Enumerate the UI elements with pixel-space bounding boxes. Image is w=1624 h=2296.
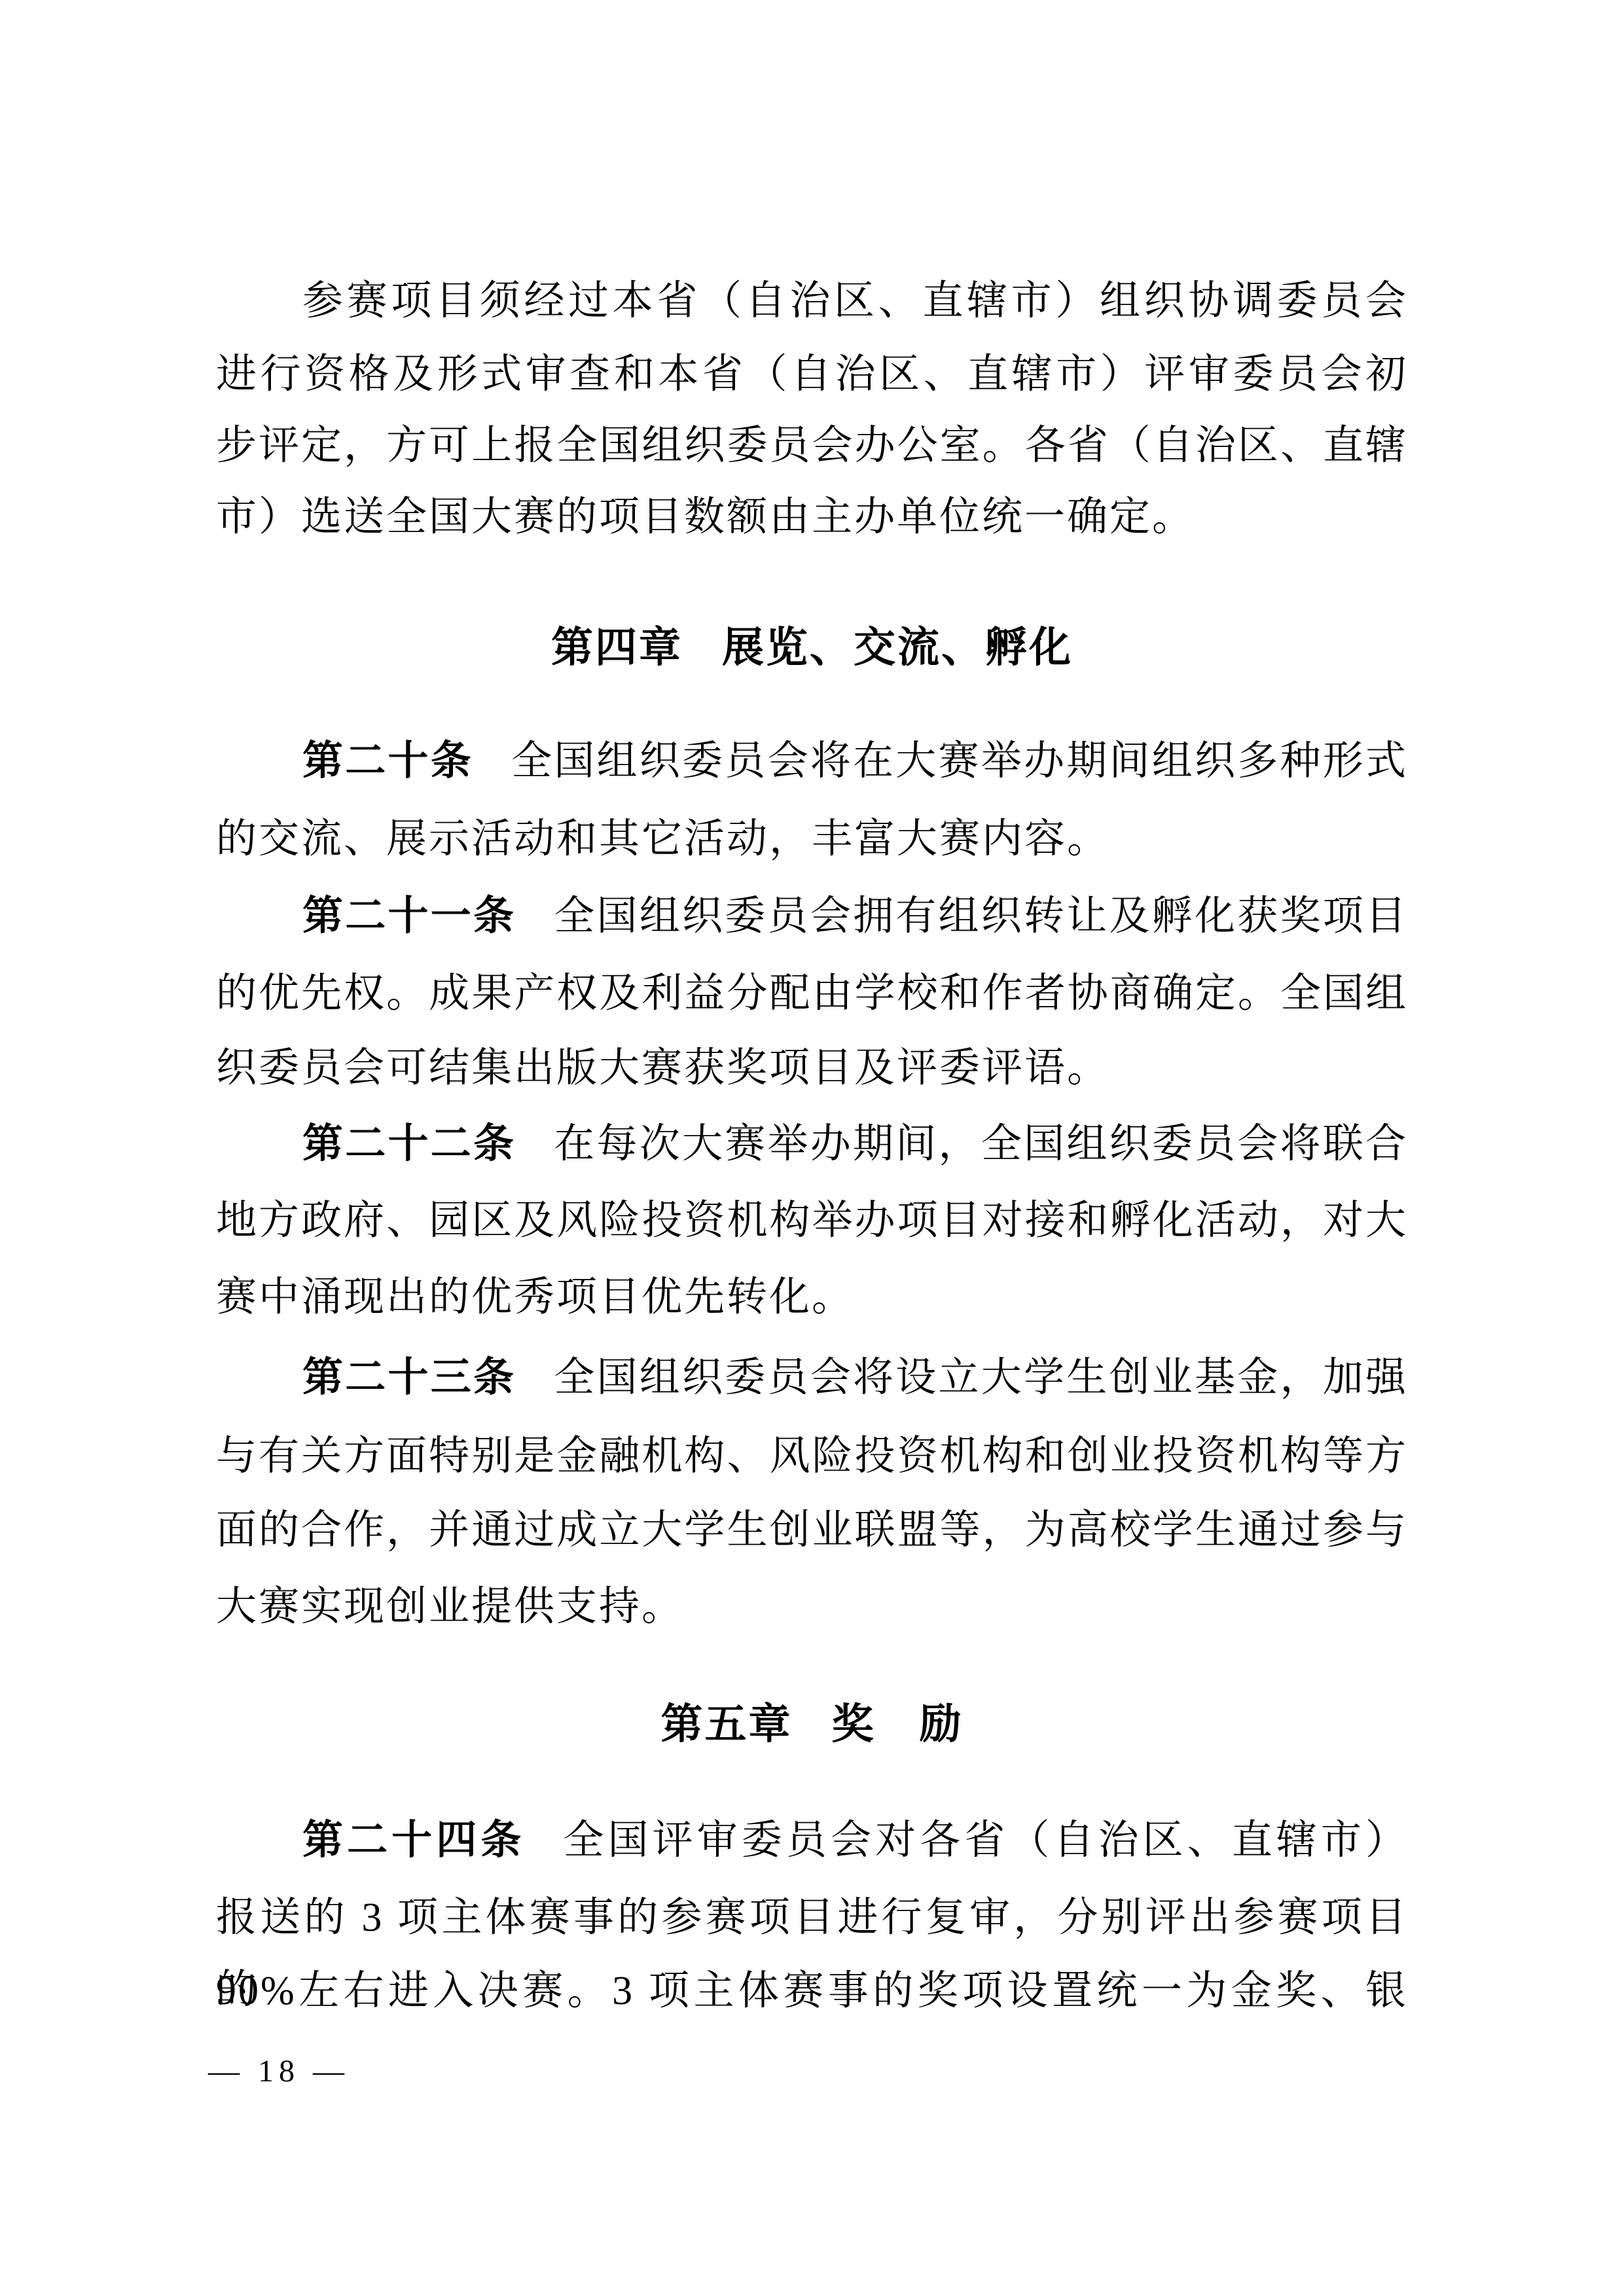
chapter-4-number: 第四章 <box>551 624 683 671</box>
article-24-label: 第二十四条 <box>302 1818 525 1863</box>
article-23-line-4: 大赛实现创业提供支持。 <box>216 1571 1408 1643</box>
article-24-line-1: 第二十四条全国评审委员会对各省（自治区、直辖市） <box>216 1804 1408 1876</box>
chapter-4-title: 展览、交流、孵化 <box>722 624 1073 671</box>
article-23-line-2: 与有关方面特别是金融机构、风险投资机构和创业投资机构等方 <box>216 1420 1408 1492</box>
article-22-line-3: 赛中涌现出的优秀项目优先转化。 <box>216 1261 1408 1333</box>
page-number: — 18 — <box>208 2052 350 2091</box>
article-24-line-2: 报送的 3 项主体赛事的参赛项目进行复审，分别评出参赛项目的 <box>216 1882 1408 1954</box>
article-20-label: 第二十条 <box>302 739 473 783</box>
article-23-lead: 全国组织委员会将设立大学生创业基金，加强 <box>554 1355 1408 1400</box>
chapter-5-title: 奖 励 <box>832 1701 964 1748</box>
chapter-4-heading: 第四章展览、交流、孵化 <box>0 612 1624 684</box>
article-22-lead: 在每次大赛举办期间，全国组织委员会将联合 <box>554 1122 1408 1166</box>
document-page: 参赛项目须经过本省（自治区、直辖市）组织协调委员会 进行资格及形式审查和本省（自… <box>0 0 1624 2296</box>
paragraph-1-line-3: 步评定，方可上报全国组织委员会办公室。各省（自治区、直辖 <box>216 410 1408 482</box>
chapter-5-number: 第五章 <box>661 1701 793 1748</box>
paragraph-1-line-2: 进行资格及形式审查和本省（自治区、直辖市）评审委员会初 <box>216 338 1408 410</box>
article-24-line-3: 90%左右进入决赛。3 项主体赛事的奖项设置统一为金奖、银 <box>216 1955 1408 2027</box>
article-22-line-1: 第二十二条在每次大赛举办期间，全国组织委员会将联合 <box>216 1108 1408 1180</box>
article-22-label: 第二十二条 <box>302 1122 516 1166</box>
article-21-lead: 全国组织委员会拥有组织转让及孵化获奖项目 <box>554 894 1408 939</box>
chapter-5-heading: 第五章奖 励 <box>0 1689 1624 1761</box>
article-21-line-2: 的优先权。成果产权及利益分配由学校和作者协商确定。全国组 <box>216 958 1408 1030</box>
article-23-line-3: 面的合作，并通过成立大学生创业联盟等，为高校学生通过参与 <box>216 1494 1408 1566</box>
paragraph-1-line-4: 市）选送全国大赛的项目数额由主办单位统一确定。 <box>216 481 1408 553</box>
paragraph-1-line-1: 参赛项目须经过本省（自治区、直辖市）组织协调委员会 <box>216 265 1408 337</box>
article-22-line-2: 地方政府、园区及风险投资机构举办项目对接和孵化活动，对大 <box>216 1185 1408 1257</box>
article-23-line-1: 第二十三条全国组织委员会将设立大学生创业基金，加强 <box>216 1342 1408 1414</box>
article-20-line-1: 第二十条全国组织委员会将在大赛举办期间组织多种形式 <box>216 725 1408 797</box>
article-20-line-2: 的交流、展示活动和其它活动，丰富大赛内容。 <box>216 803 1408 875</box>
article-23-label: 第二十三条 <box>302 1355 516 1400</box>
article-21-line-1: 第二十一条全国组织委员会拥有组织转让及孵化获奖项目 <box>216 880 1408 952</box>
article-21-label: 第二十一条 <box>302 894 516 939</box>
article-20-lead: 全国组织委员会将在大赛举办期间组织多种形式 <box>511 739 1408 783</box>
article-21-line-3: 织委员会可结集出版大赛获奖项目及评委评语。 <box>216 1032 1408 1104</box>
article-24-lead: 全国评审委员会对各省（自治区、直辖市） <box>563 1818 1408 1863</box>
